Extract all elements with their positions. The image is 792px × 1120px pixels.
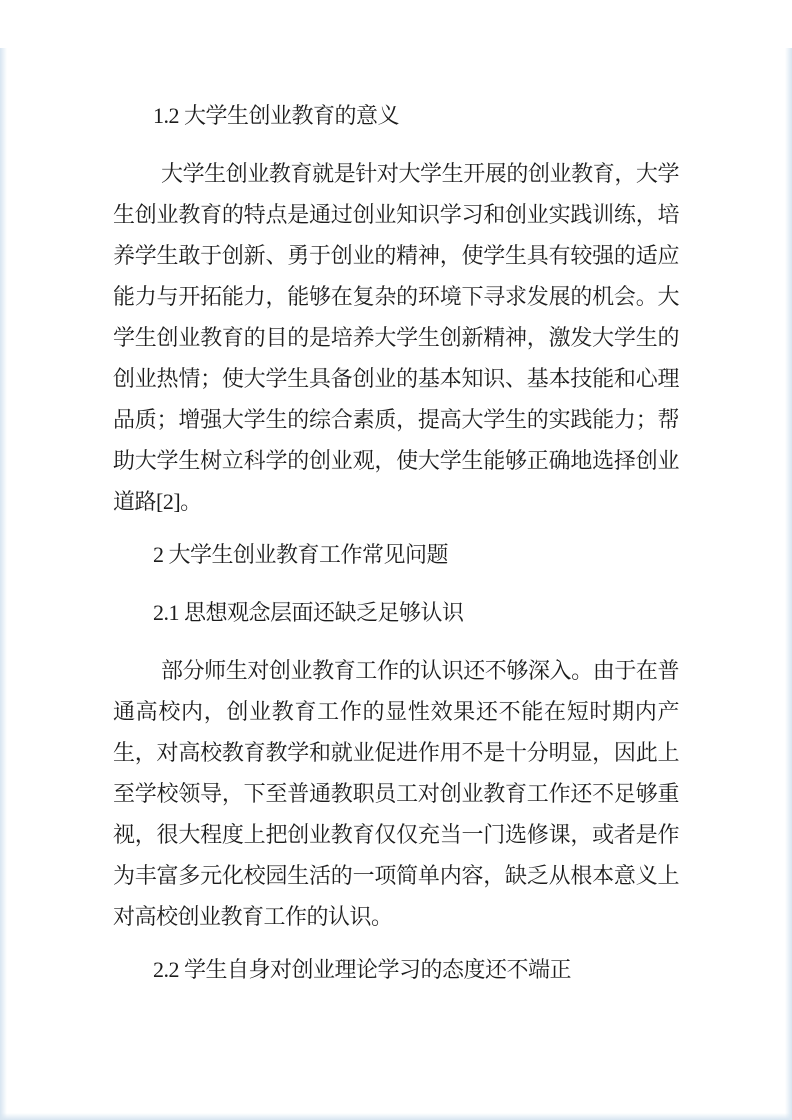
page-edge-bottom [0, 1113, 792, 1120]
heading-2-1-lack-of-awareness: 2.1 思想观念层面还缺乏足够认识 [113, 592, 679, 633]
paragraph-awareness-problem: 部分师生对创业教育工作的认识还不够深入。由于在普通高校内，创业教育工作的显性效果… [113, 650, 679, 937]
page-edge-right [785, 48, 792, 1120]
page-edge-left [0, 48, 7, 1120]
heading-2-common-problems: 2 大学生创业教育工作常见问题 [113, 534, 679, 575]
document-page: 1.2 大学生创业教育的意义 大学生创业教育就是针对大学生开展的创业教育，大学生… [0, 0, 792, 1120]
paragraph-entrepreneurship-education-meaning: 大学生创业教育就是针对大学生开展的创业教育，大学生创业教育的特点是通过创业知识学… [113, 153, 679, 522]
heading-2-2-student-attitude: 2.2 学生自身对创业理论学习的态度还不端正 [113, 949, 679, 990]
heading-1-2-meaning-of-entrepreneurship-education: 1.2 大学生创业教育的意义 [113, 95, 679, 136]
document-content: 1.2 大学生创业教育的意义 大学生创业教育就是针对大学生开展的创业教育，大学生… [113, 83, 679, 1007]
